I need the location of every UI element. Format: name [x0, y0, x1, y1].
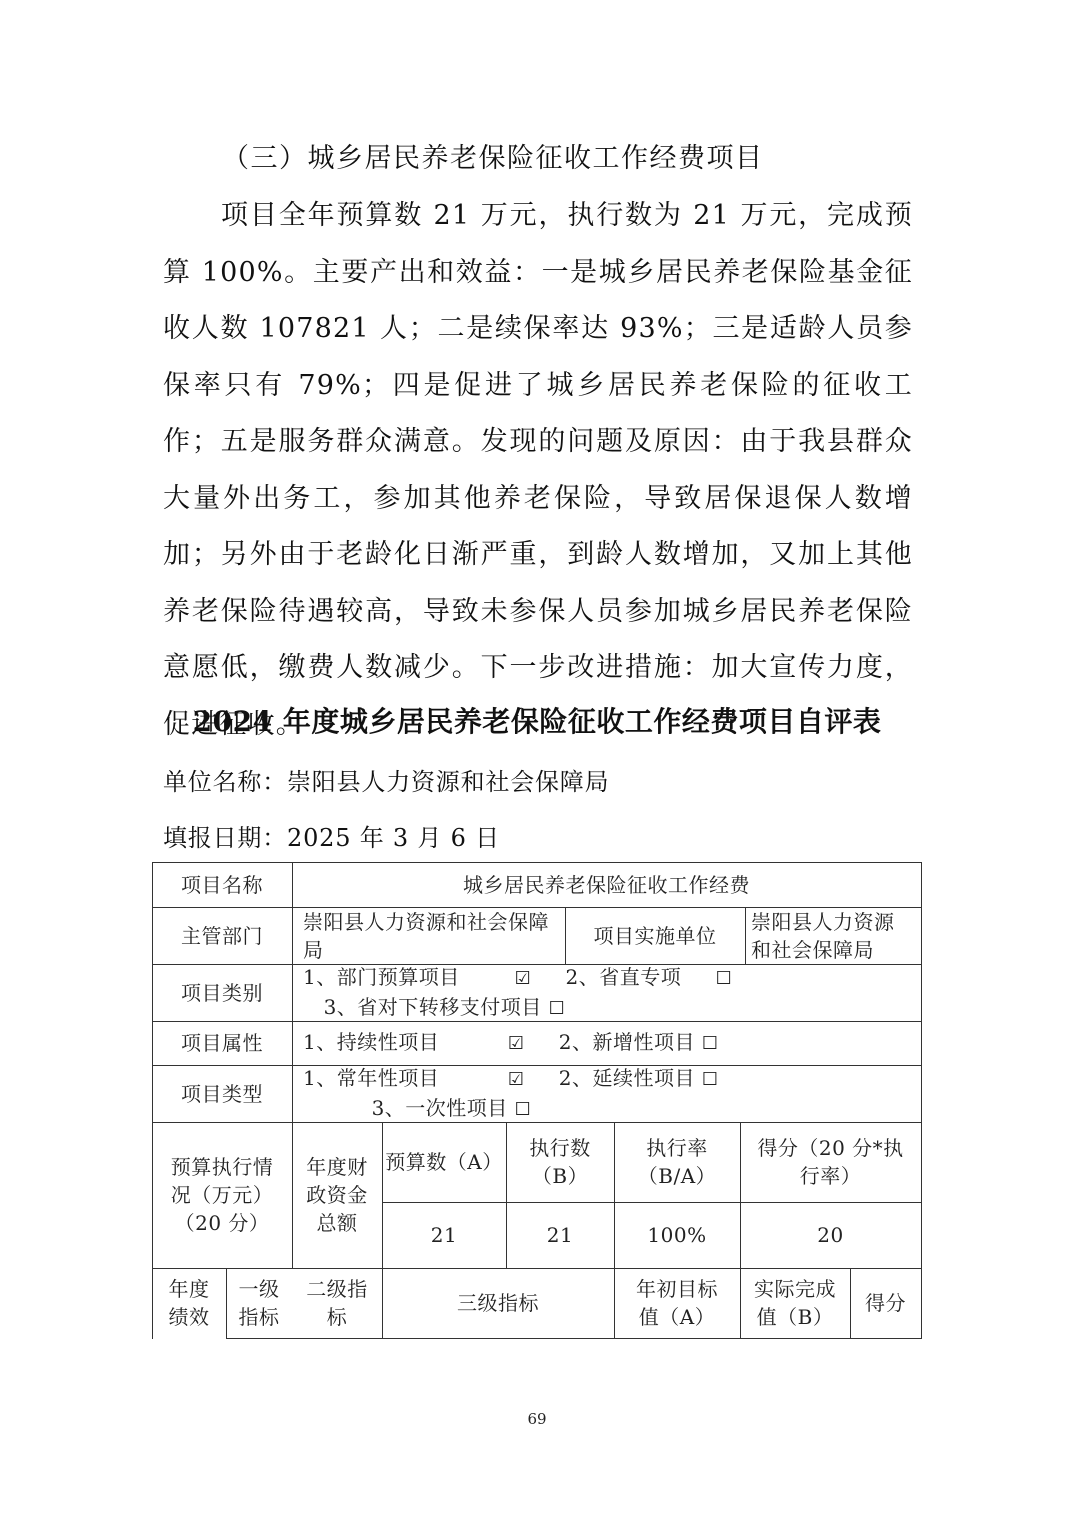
checkbox-unchecked-icon[interactable]: ☐ [716, 965, 733, 993]
executed-value: 21 [506, 1202, 614, 1268]
type-option-3: 3、一次性项目 [372, 1096, 508, 1120]
impl-unit-label: 项目实施单位 [565, 907, 745, 964]
executed-header: 执行数（B） [506, 1122, 614, 1202]
type-options: 1、常年性项目 ☑ 2、延续性项目 ☐ 3、一次性项目 ☐ [292, 1065, 921, 1122]
attribute-label: 项目属性 [152, 1021, 292, 1065]
attribute-options: 1、持续性项目 ☑ 2、新增性项目 ☐ [292, 1021, 921, 1065]
rate-header: 执行率（B/A） [614, 1122, 740, 1202]
unit-name-line: 单位名称：崇阳县人力资源和社会保障局 [163, 762, 609, 797]
checkbox-checked-icon[interactable]: ☑ [508, 1066, 525, 1094]
project-name-label: 项目名称 [152, 862, 292, 907]
budget-value: 21 [382, 1202, 506, 1268]
section-body-paragraph: 项目全年预算数 21 万元，执行数为 21 万元，完成预算 100%。主要产出和… [163, 188, 913, 753]
impl-unit-value: 崇阳县人力资源和社会保障局 [745, 907, 921, 964]
fill-date-line: 填报日期：2025 年 3 月 6 日 [163, 818, 500, 853]
dept-label: 主管部门 [152, 907, 292, 964]
project-name-value: 城乡居民养老保险征收工作经费 [292, 862, 921, 907]
attribute-option-1: 1、持续性项目 [303, 1030, 439, 1054]
table-rule [226, 1338, 922, 1339]
annual-performance-label: 年度绩效 [152, 1268, 226, 1338]
level2-indicator-header: 二级指标 [292, 1268, 382, 1338]
attribute-option-2: 2、新增性项目 [559, 1030, 695, 1054]
checkbox-checked-icon[interactable]: ☑ [508, 1030, 525, 1058]
table-rule [921, 862, 922, 1339]
checkbox-checked-icon[interactable]: ☑ [515, 965, 532, 993]
actual-value-header: 实际完成值（B） [740, 1268, 850, 1338]
category-option-1: 1、部门预算项目 [303, 965, 460, 989]
section-heading: （三）城乡居民养老保险征收工作经费项目 [222, 136, 764, 175]
category-option-3: 3、省对下转移支付项目 [324, 995, 542, 1019]
score-value: 20 [740, 1202, 921, 1268]
type-option-2: 2、延续性项目 [559, 1066, 695, 1090]
level1-indicator-header: 一级指标 [226, 1268, 292, 1338]
perf-score-header: 得分 [850, 1268, 921, 1338]
dept-value: 崇阳县人力资源和社会保障局 [292, 907, 565, 964]
category-option-2: 2、省直专项 [566, 965, 682, 989]
target-value-header: 年初目标值（A） [614, 1268, 740, 1338]
rate-value: 100% [614, 1202, 740, 1268]
table-title: 2024 年度城乡居民养老保险征收工作经费项目自评表 [0, 700, 1074, 740]
category-options: 1、部门预算项目 ☑ 2、省直专项 ☐ 3、省对下转移支付项目 ☐ [292, 964, 921, 1021]
fiscal-total-label: 年度财政资金总额 [292, 1122, 382, 1268]
type-label: 项目类型 [152, 1065, 292, 1122]
type-option-1: 1、常年性项目 [303, 1066, 439, 1090]
level3-indicator-header: 三级指标 [382, 1268, 614, 1338]
checkbox-unchecked-icon[interactable]: ☐ [515, 1096, 532, 1124]
budget-header: 预算数（A） [382, 1122, 506, 1202]
category-label: 项目类别 [152, 964, 292, 1021]
checkbox-unchecked-icon[interactable]: ☐ [702, 1066, 719, 1094]
score-header: 得分（20 分*执行率） [740, 1122, 921, 1202]
budget-execution-label: 预算执行情况（万元）（20 分） [152, 1122, 292, 1268]
page-number: 69 [0, 1410, 1074, 1428]
checkbox-unchecked-icon[interactable]: ☐ [702, 1030, 719, 1058]
checkbox-unchecked-icon[interactable]: ☐ [549, 995, 566, 1023]
